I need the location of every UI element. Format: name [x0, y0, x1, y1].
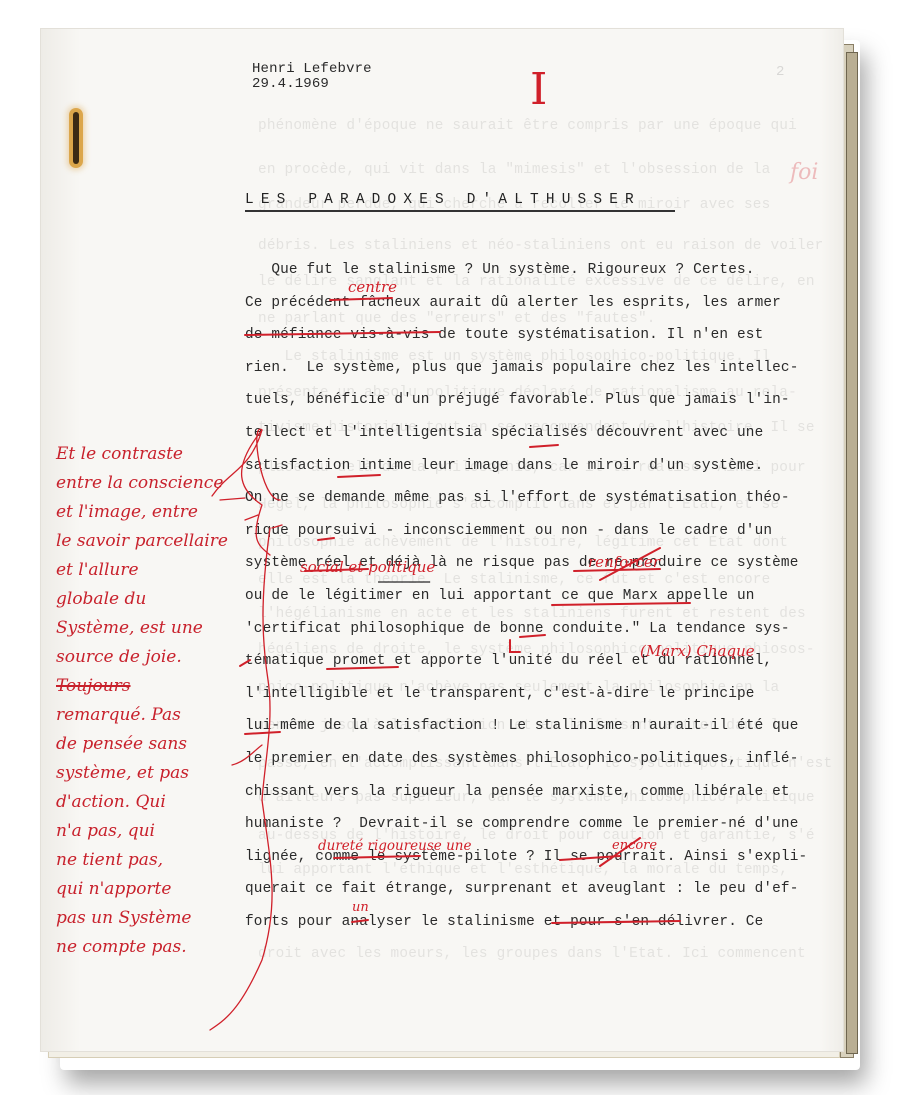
back-sheet-edge: [846, 52, 858, 1054]
typed-line: tellect et l'intelligentsia spécialisés …: [245, 425, 763, 441]
typed-line: 'certificat philosophique de bonne condu…: [245, 621, 790, 637]
typed-line: satisfaction intime leur image dans le m…: [245, 458, 763, 474]
margin-note-line: Toujours: [56, 672, 266, 701]
typed-line: le premier en date des systèmes philosop…: [245, 751, 799, 767]
typed-line: Ce précédent fâcheux aurait dû alerter l…: [245, 295, 781, 311]
margin-note-line: entre la conscience: [56, 469, 266, 498]
typed-line: l'intelligible et le transparent, c'est-…: [245, 686, 755, 702]
margin-note-line: n'a pas, qui: [56, 817, 266, 846]
margin-note-line: de pensée sans: [56, 730, 266, 759]
ghost-line: phénomène d'époque ne saurait être compr…: [258, 118, 797, 134]
typed-line: de méfiance vis-à-vis de toute systémati…: [245, 327, 763, 343]
margin-note-line: d'action. Qui: [56, 788, 266, 817]
ghost-margin-word: foi: [790, 160, 818, 185]
page-number-bleed: 2: [776, 64, 784, 80]
margin-note-line: source de joie.: [56, 643, 266, 672]
section-mark-roman-numeral: I: [530, 68, 547, 112]
correction-un: un: [352, 900, 369, 915]
correction-encore: encore: [612, 838, 657, 853]
margin-note-line: ne compte pas.: [56, 933, 266, 962]
margin-note-line: et l'allure: [56, 556, 266, 585]
title-underline: [245, 210, 675, 212]
ghost-line: droit avec les moeurs, les groupes dans …: [258, 946, 806, 962]
staple-rust-mark: [73, 112, 79, 164]
correction-marx-chaque: (Marx) Chaque: [640, 642, 755, 660]
ghost-line: l'hégélianisme en acte et les staliniens…: [258, 606, 806, 622]
margin-note-line: Et le contraste: [56, 440, 266, 469]
typed-line: humaniste ? Devrait-il se comprendre com…: [245, 816, 799, 832]
typed-line: chissant vers la rigueur la pensée marxi…: [245, 784, 790, 800]
margin-note-line: qui n'apporte: [56, 875, 266, 904]
margin-note-line: pas un Système: [56, 904, 266, 933]
typed-line: On ne se demande même pas si l'effort de…: [245, 490, 790, 506]
correction-renforcer: renforcer: [588, 553, 660, 571]
margin-note-line: remarqué. Pas: [56, 701, 266, 730]
ghost-line: ne parlant que des "erreurs" et des "fau…: [258, 311, 656, 327]
typed-line: tuels, bénéficie d'un préjugé favorable.…: [245, 392, 790, 408]
correction-durete-rigoureuse: dureté rigoureuse une: [318, 838, 471, 854]
document-title: LES PARADOXES D'ALTHUSSER: [245, 192, 641, 208]
correction-social-politique: social et politique: [300, 558, 435, 576]
ghost-line: en procède, qui vit dans la "mimesis" et…: [258, 162, 770, 178]
typed-line: forts pour analyser le stalinisme et pou…: [245, 914, 763, 930]
margin-note-line: et l'image, entre: [56, 498, 266, 527]
ghost-line: débris. Les staliniens et néo-staliniens…: [258, 238, 824, 254]
margin-note-line: Système, est une: [56, 614, 266, 643]
margin-note-line: ne tient pas,: [56, 846, 266, 875]
margin-note-line: le savoir parcellaire: [56, 527, 266, 556]
author-name: Henri Lefebvre: [252, 62, 372, 77]
typed-line: rique poursuivi - inconsciemment ou non …: [245, 523, 772, 539]
typed-line: querait ce fait étrange, surprenant et a…: [245, 881, 799, 897]
typed-line: Que fut le stalinisme ? Un système. Rigo…: [245, 262, 755, 278]
margin-note-line: système, et pas: [56, 759, 266, 788]
typed-line: ou de le légitimer en lui apportant ce q…: [245, 588, 755, 604]
typed-line: lui-même de la satisfaction ! Le stalini…: [245, 718, 799, 734]
correction-centre: centre: [348, 278, 397, 296]
document-date: 29.4.1969: [252, 77, 329, 92]
margin-handwritten-note: Et le contrasteentre la conscienceet l'i…: [56, 440, 266, 962]
margin-note-line: globale du: [56, 585, 266, 614]
typed-line: rien. Le système, plus que jamais popula…: [245, 360, 799, 376]
